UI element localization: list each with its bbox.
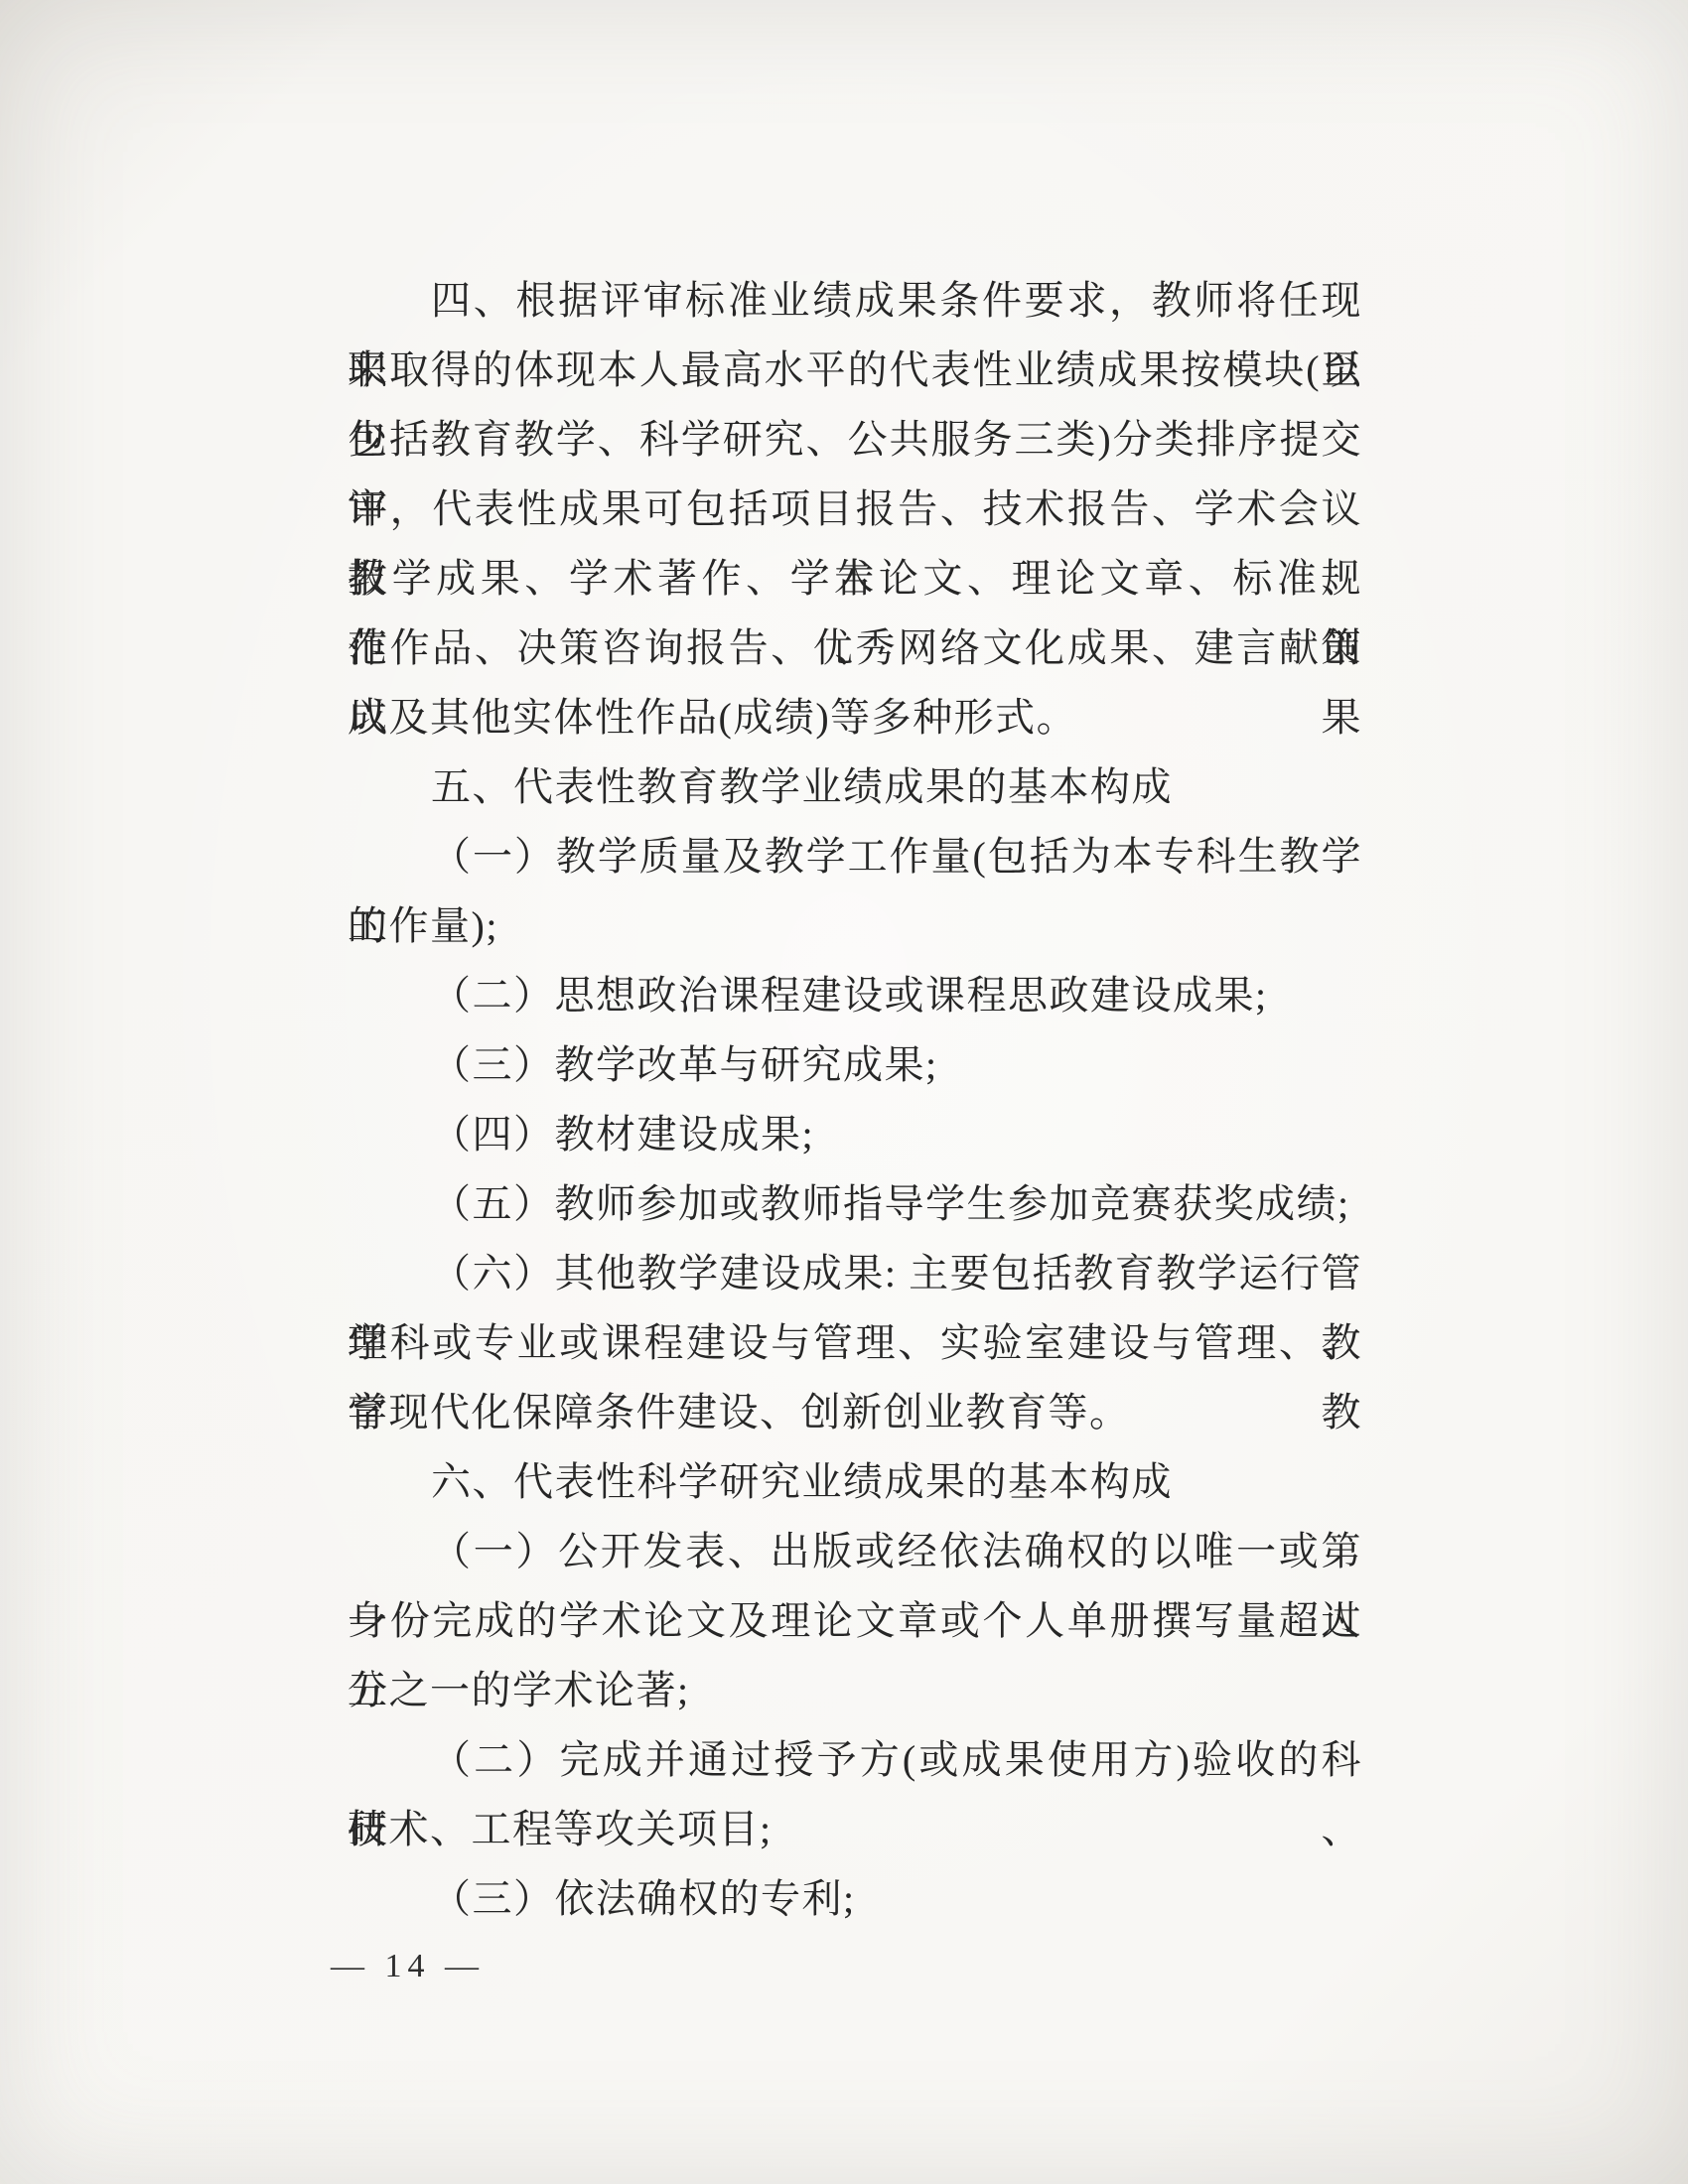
doc-line: （三）依法确权的专利; [348, 1864, 1362, 1934]
doc-line: 作作品、决策咨询报告、优秀网络文化成果、建言献策成果 [348, 614, 1362, 683]
doc-line: 分之一的学术论著; [348, 1656, 1362, 1725]
doc-line: 教学成果、学术著作、学术论文、理论文章、标准规范、创 [348, 544, 1362, 614]
doc-line: （一）教学质量及教学工作量(包括为本专科生教学的 [348, 822, 1362, 891]
doc-line: 工作量); [348, 891, 1362, 961]
doc-line: 包括教育教学、科学研究、公共服务三类)分类排序提交评 [348, 405, 1362, 475]
doc-section-heading: 五、代表性教育教学业绩成果的基本构成 [348, 752, 1362, 822]
page-number: — 14 — [331, 1948, 485, 1985]
doc-line: 学科或专业或课程建设与管理、实验室建设与管理、教育教 [348, 1308, 1362, 1378]
doc-line: （五）教师参加或教师指导学生参加竞赛获奖成绩; [348, 1169, 1362, 1239]
doc-line: （六）其他教学建设成果: 主要包括教育教学运行管理、 [348, 1239, 1362, 1308]
doc-line: （二）思想政治课程建设或课程思政建设成果; [348, 961, 1362, 1030]
doc-line: 四、根据评审标准业绩成果条件要求，教师将任现职以 [348, 266, 1362, 336]
scanned-page: 四、根据评审标准业绩成果条件要求，教师将任现职以 来取得的体现本人最高水平的代表… [0, 0, 1688, 2184]
doc-line: （一）公开发表、出版或经依法确权的以唯一或第一人 [348, 1517, 1362, 1586]
doc-line: 来取得的体现本人最高水平的代表性业绩成果按模块(至少 [348, 336, 1362, 405]
doc-line: 审，代表性成果可包括项目报告、技术报告、学术会议报告、 [348, 475, 1362, 544]
doc-line: 身份完成的学术论文及理论文章或个人单册撰写量超过五 [348, 1586, 1362, 1656]
doc-line: （三）教学改革与研究成果; [348, 1030, 1362, 1100]
doc-section-heading: 六、代表性科学研究业绩成果的基本构成 [348, 1447, 1362, 1517]
doc-line: （四）教材建设成果; [348, 1100, 1362, 1169]
doc-line: （二）完成并通过授予方(或成果使用方)验收的科研、 [348, 1725, 1362, 1795]
document-body: 四、根据评审标准业绩成果条件要求，教师将任现职以 来取得的体现本人最高水平的代表… [348, 266, 1362, 1934]
